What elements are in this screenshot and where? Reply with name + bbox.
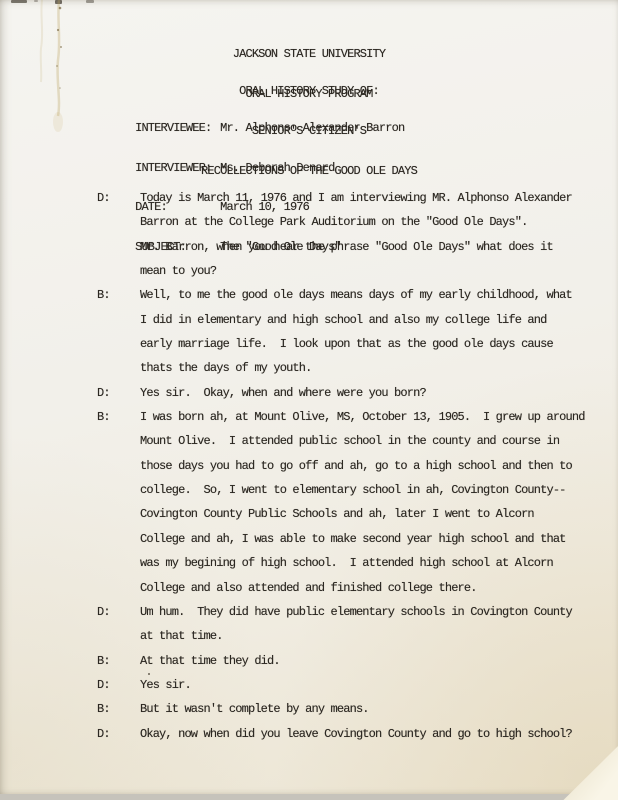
transcript-line: those days you had to go off and ah, go … xyxy=(140,454,604,478)
transcript-turn: D:Yes sir. xyxy=(97,673,604,697)
speaker-label: D: xyxy=(97,600,140,624)
transcript-line: college. So, I went to elementary school… xyxy=(140,478,604,502)
speaker-label: B: xyxy=(97,405,140,429)
transcript-turn: D:Okay, now when did you leave Covington… xyxy=(97,722,604,746)
metadata-value: Mr. Alphonso Alexander Barron xyxy=(220,121,404,135)
scanned-page: JACKSON STATE UNIVERSITY ORAL HISTORY PR… xyxy=(0,0,618,794)
transcript-line: College and ah, I was able to make secon… xyxy=(140,527,604,551)
transcript-line: Yes sir. Okay, when and where were you b… xyxy=(140,381,604,405)
transcript-line: Mount Olive. I attended public school in… xyxy=(140,429,604,453)
speech-lines: But it wasn't complete by any means. xyxy=(140,697,604,721)
speaker-label: B: xyxy=(97,649,140,673)
transcript-line: College and also attended and finished c… xyxy=(140,576,604,600)
scan-artifact xyxy=(86,0,94,3)
transcript-turn: D:Um hum. They did have public elementar… xyxy=(97,600,604,649)
metadata-row: INTERVIEWEE:Mr. Alphonso Alexander Barro… xyxy=(97,109,404,149)
speech-lines: Today is March 11, 1976 and I am intervi… xyxy=(140,186,604,283)
transcript-turn: B:But it wasn't complete by any means. xyxy=(97,697,604,721)
transcript-line: Yes sir. xyxy=(140,673,604,697)
metadata-label: INTERVIEWER: xyxy=(135,162,220,175)
transcript-turn: B:Well, to me the good ole days means da… xyxy=(97,283,604,380)
study-title-line: ORAL HISTORY STUDY OF: xyxy=(0,85,618,98)
speech-lines: At that time they did. xyxy=(140,649,604,673)
transcript-line: Barron at the College Park Auditorium on… xyxy=(140,210,604,234)
speaker-label: D: xyxy=(97,673,140,697)
metadata-value: Ms. Deborah Denard xyxy=(220,161,334,175)
transcript-line: Okay, now when did you leave Covington C… xyxy=(140,722,604,746)
transcript-line: was my begining of high school. I attend… xyxy=(140,551,604,575)
speech-lines: Okay, now when did you leave Covington C… xyxy=(140,722,604,746)
speech-lines: Um hum. They did have public elementary … xyxy=(140,600,604,649)
transcript-line: But it wasn't complete by any means. xyxy=(140,697,604,721)
scan-artifact xyxy=(11,0,27,3)
metadata-row: INTERVIEWER:Ms. Deborah Denard xyxy=(97,149,404,189)
speaker-label: D: xyxy=(97,381,140,405)
fold-flap xyxy=(560,745,618,800)
speaker-label: D: xyxy=(97,186,140,210)
transcript-turn: B:I was born ah, at Mount Olive, MS, Oct… xyxy=(97,405,604,600)
speaker-label: D: xyxy=(97,722,140,746)
transcript-line: at that time. xyxy=(140,624,604,648)
speech-lines: I was born ah, at Mount Olive, MS, Octob… xyxy=(140,405,604,600)
speaker-label: B: xyxy=(97,283,140,307)
transcript-line: mean to you? xyxy=(140,259,604,283)
speech-lines: Yes sir. Okay, when and where were you b… xyxy=(140,381,604,405)
scan-artifact xyxy=(55,0,62,4)
transcript-line: Mr. Barron, when you hear the phrase "Go… xyxy=(140,235,604,259)
transcript-line: thats the days of my youth. xyxy=(140,356,604,380)
transcript-turn: D:Today is March 11, 1976 and I am inter… xyxy=(97,186,604,283)
scan-artifact xyxy=(34,0,38,2)
transcript: D:Today is March 11, 1976 and I am inter… xyxy=(97,186,604,746)
transcript-line: At that time they did. xyxy=(140,649,604,673)
speaker-label: B: xyxy=(97,697,140,721)
transcript-line: Today is March 11, 1976 and I am intervi… xyxy=(140,186,604,210)
speech-lines: Yes sir. xyxy=(140,673,604,697)
transcript-line: Covington County Public Schools and ah, … xyxy=(140,502,604,526)
transcript-line: Well, to me the good ole days means days… xyxy=(140,283,604,307)
metadata-label: INTERVIEWEE: xyxy=(135,122,220,135)
transcript-line: I did in elementary and high school and … xyxy=(140,308,604,332)
page-corner-fold xyxy=(560,745,618,800)
transcript-turn: B:At that time they did. xyxy=(97,649,604,673)
transcript-turn: D:Yes sir. Okay, when and where were you… xyxy=(97,381,604,405)
speech-lines: Well, to me the good ole days means days… xyxy=(140,283,604,380)
transcript-line: Um hum. They did have public elementary … xyxy=(140,600,604,624)
transcript-line: early marriage life. I look upon that as… xyxy=(140,332,604,356)
transcript-line: I was born ah, at Mount Olive, MS, Octob… xyxy=(140,405,604,429)
